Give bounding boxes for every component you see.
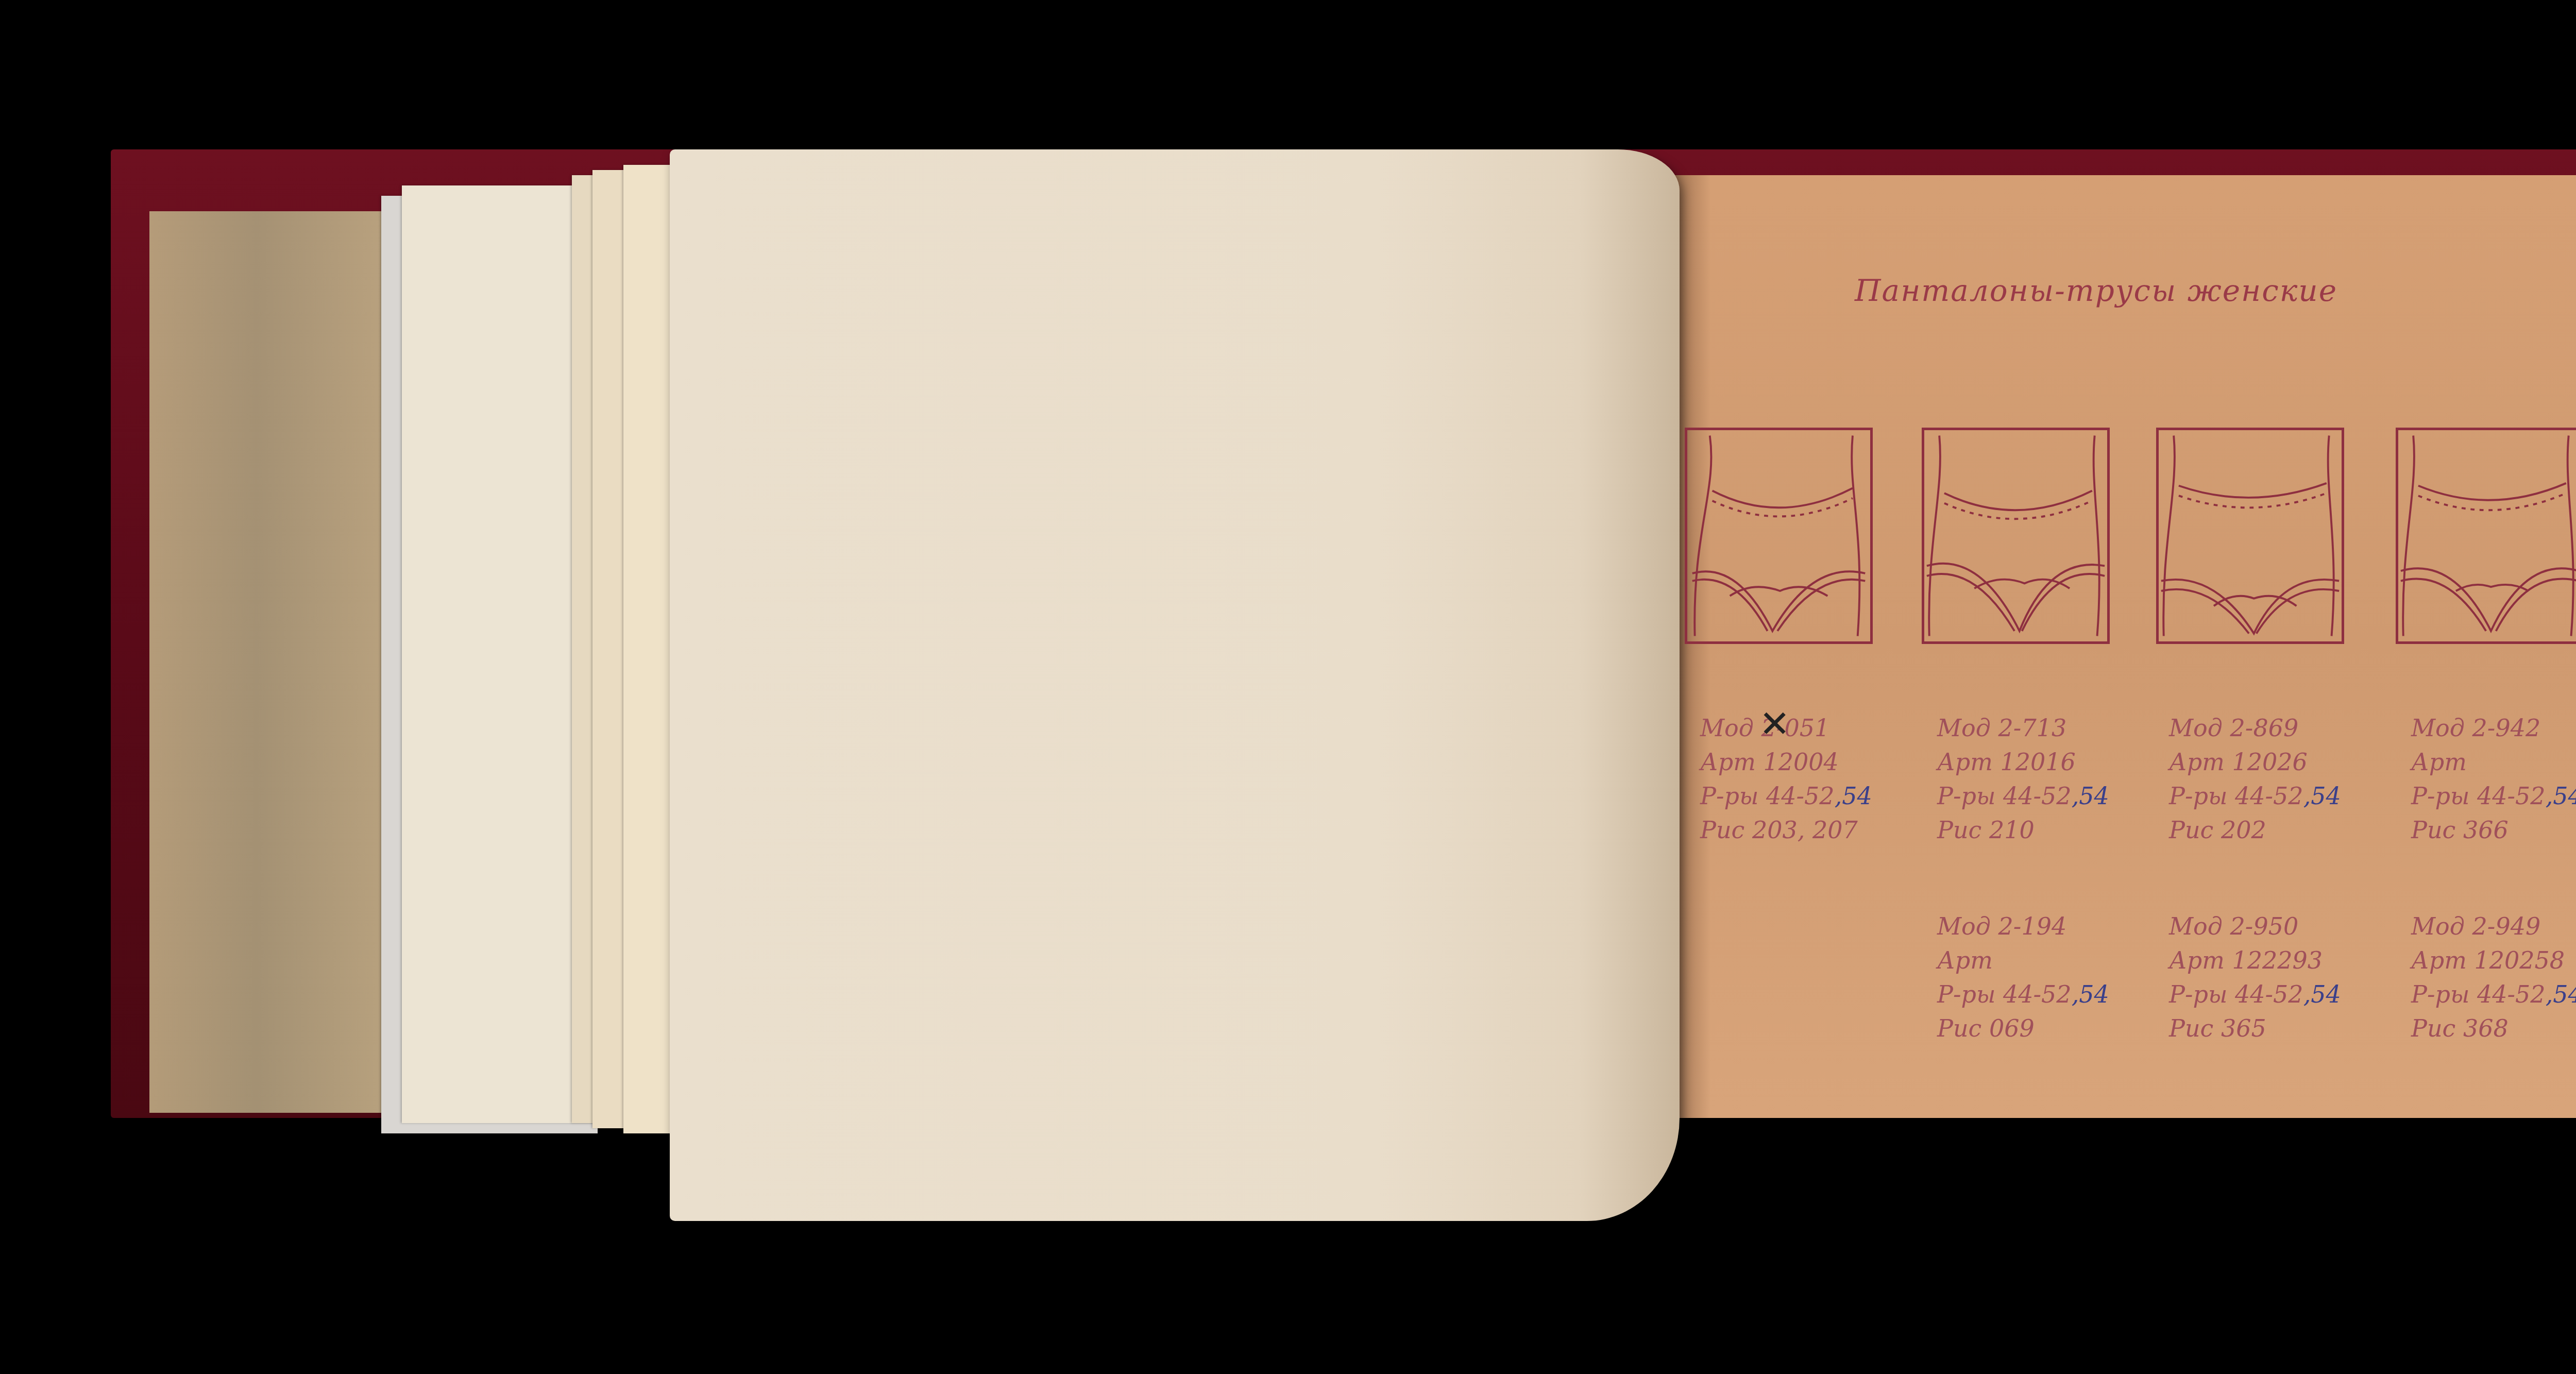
garment-sketch — [2396, 428, 2576, 644]
left-flyleaf — [149, 211, 417, 1113]
model-note: Мод 2-950 Арт 122293 Р-ры 44-52,54 Рис 3… — [2169, 909, 2341, 1045]
underwear-drawing-icon — [2398, 430, 2576, 641]
garment-sketch — [1685, 428, 1873, 644]
garment-sketch — [1922, 428, 2110, 644]
model-note: Мод 2-194 Арт Р-ры 44-52,54 Рис 069 — [1937, 909, 2109, 1045]
underwear-drawing-icon — [1687, 430, 1870, 641]
model-note: Мод 2-869 Арт 12026 Р-ры 44-52,54 Рис 20… — [2169, 711, 2341, 847]
underwear-drawing-icon — [2159, 430, 2342, 641]
struck-model-number: 2-051 — [1761, 714, 1830, 742]
garment-sketch — [2156, 428, 2344, 644]
page-title: Панталоны-трусы женские — [1855, 273, 2337, 308]
underwear-drawing-icon — [1924, 430, 2107, 641]
model-note: Мод 2-949 Арт 120258 Р-ры 44-52,54 Рис 3… — [2411, 909, 2576, 1045]
model-note: Мод 2-051 Арт 12004 Р-ры 44-52,54 Рис 20… — [1700, 711, 1872, 847]
model-note: Мод 2-713 Арт 12016 Р-ры 44-52,54 Рис 21… — [1937, 711, 2109, 847]
turning-page[interactable] — [670, 149, 1680, 1221]
model-note: Мод 2-942 Арт Р-ры 44-52,54 Рис 366 — [2411, 711, 2576, 847]
